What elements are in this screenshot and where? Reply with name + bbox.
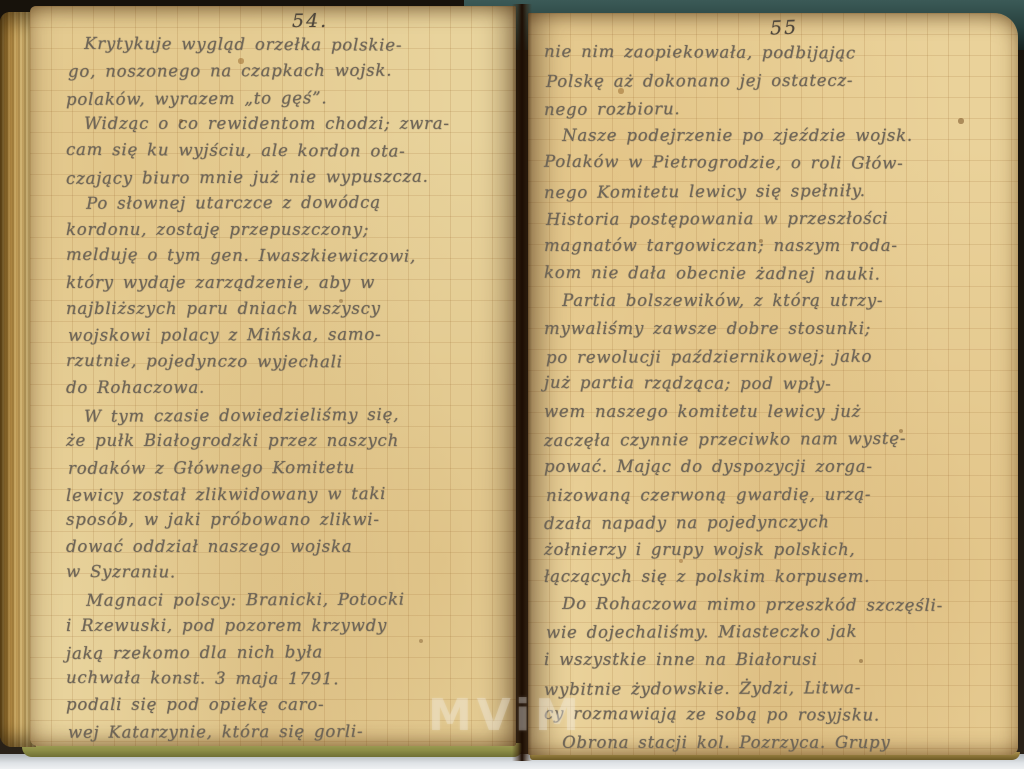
page-number-left: 54.	[292, 10, 328, 32]
handwriting-left: Krytykuje wygląd orzełka polskie-go, nos…	[30, 32, 516, 746]
handwriting-line: i wszystkie inne na Białorusi	[544, 646, 1018, 674]
left-page[interactable]: 54. Krytykuje wygląd orzełka polskie-go,…	[30, 6, 516, 746]
handwriting-line: nego Komitetu lewicy się spełniły.	[544, 176, 1018, 206]
handwriting-line: Polskę aż dokonano jej ostatecz-	[546, 66, 1018, 95]
handwriting-line: sposób, w jaki próbowano zlikwi-	[66, 507, 516, 533]
handwriting-line: Widząc o co rewidentom chodzi; zwra-	[66, 111, 516, 137]
handwriting-right: nie nim zaopiekowała, podbijającPolskę a…	[528, 39, 1018, 755]
book-gutter	[512, 4, 532, 761]
handwriting-line: który wydaje zarządzenie, aby w	[66, 270, 516, 296]
handwriting-line: nizowaną czerwoną gwardię, urzą-	[546, 480, 1018, 509]
handwriting-line: uchwała konst. 3 maja 1791.	[66, 665, 516, 694]
handwriting-line: po rewolucji październikowej; jako	[546, 342, 1018, 371]
page-number-right: 55	[770, 17, 799, 40]
handwriting-line: Historia postępowania w przeszłości	[546, 204, 1018, 233]
handwriting-line: w Syzraniu.	[66, 559, 516, 588]
handwriting-line: cam się ku wyjściu, ale kordon ota-	[66, 136, 516, 165]
handwriting-line: Po słownej utarczce z dowódcą	[68, 190, 516, 218]
handwriting-line: rodaków z Głównego Komitetu	[68, 454, 516, 482]
handwriting-line: pować. Mając do dyspozycji zorga-	[544, 453, 1018, 481]
handwriting-line: nie nim zaopiekowała, podbijając	[544, 38, 1018, 68]
handwriting-line: Do Rohaczowa mimo przeszkód szczęśli-	[544, 590, 1018, 620]
handwriting-line: wej Katarzynie, która się gorli-	[68, 718, 516, 746]
handwriting-line: do Rohaczowa.	[66, 375, 516, 401]
handwriting-line: dzała napady na pojedynczych	[544, 507, 1018, 537]
handwriting-line: Magnaci polscy: Branicki, Potocki	[68, 586, 516, 614]
handwriting-line: żołnierzy i grupy wojsk polskich,	[544, 536, 1018, 564]
handwriting-line: rzutnie, pojedynczo wyjechali	[66, 348, 516, 377]
handwriting-line: cy rozmawiają ze sobą po rosyjsku.	[544, 700, 1018, 730]
handwriting-line: wem naszego komitetu lewicy już	[544, 398, 1018, 426]
handwriting-line: kom nie dała obecnie żadnej nauki.	[544, 259, 1018, 289]
handwriting-line: kordonu, zostaję przepuszczony;	[66, 217, 516, 243]
handwriting-line: go, noszonego na czapkach wojsk.	[68, 58, 516, 86]
handwriting-line: już partia rządząca; pod wpły-	[544, 369, 1018, 399]
handwriting-line: magnatów targowiczan; naszym roda-	[544, 232, 1018, 260]
handwriting-line: wie dojechaliśmy. Miasteczko jak	[546, 618, 1018, 647]
handwriting-line: lewicy został zlikwidowany w taki	[66, 480, 516, 509]
handwriting-line: i Rzewuski, pod pozorem krzywdy	[66, 613, 516, 639]
handwriting-line: Partia bolszewików, z którą utrzy-	[544, 287, 1018, 315]
handwriting-line: zaczęła czynnie przeciwko nam wystę-	[544, 424, 1018, 454]
paper-specks	[0, 0, 2, 2]
handwriting-line: podali się pod opiekę caro-	[66, 692, 516, 718]
handwriting-line: W tym czasie dowiedzieliśmy się,	[66, 401, 516, 430]
handwriting-line: Nasze podejrzenie po zjeździe wojsk.	[544, 122, 1018, 150]
handwriting-line: Krytykuje wygląd orzełka polskie-	[66, 31, 516, 60]
handwriting-line: wojskowi polacy z Mińska, samo-	[68, 322, 516, 350]
handwriting-line: mywaliśmy zawsze dobre stosunki;	[544, 315, 1018, 343]
handwriting-line: melduję o tym gen. Iwaszkiewiczowi,	[66, 242, 516, 271]
handwriting-line: czający biuro mnie już nie wypuszcza.	[66, 163, 516, 192]
handwriting-line: najbliższych paru dniach wszyscy	[66, 296, 516, 322]
handwriting-line: wybitnie żydowskie. Żydzi, Litwa-	[544, 673, 1018, 703]
handwriting-line: że pułk Białogrodzki przez naszych	[66, 428, 516, 454]
handwriting-line: nego rozbioru.	[544, 93, 1018, 123]
right-page[interactable]: 55 nie nim zaopiekowała, podbijającPolsk…	[528, 13, 1018, 755]
handwriting-line: łączących się z polskim korpusem.	[544, 563, 1018, 591]
handwriting-line: Obrona stacji kol. Pozrzyca. Grupy	[544, 729, 1018, 755]
handwriting-line: polaków, wyrazem „to gęś”.	[66, 84, 516, 113]
handwriting-line: dować oddział naszego wojska	[66, 534, 516, 560]
photo-backdrop: 54. Krytykuje wygląd orzełka polskie-go,…	[0, 0, 1024, 769]
handwriting-line: Polaków w Pietrogrodzie, o roli Głów-	[544, 148, 1018, 178]
handwriting-line: jaką rzekomo dla nich była	[66, 638, 516, 667]
